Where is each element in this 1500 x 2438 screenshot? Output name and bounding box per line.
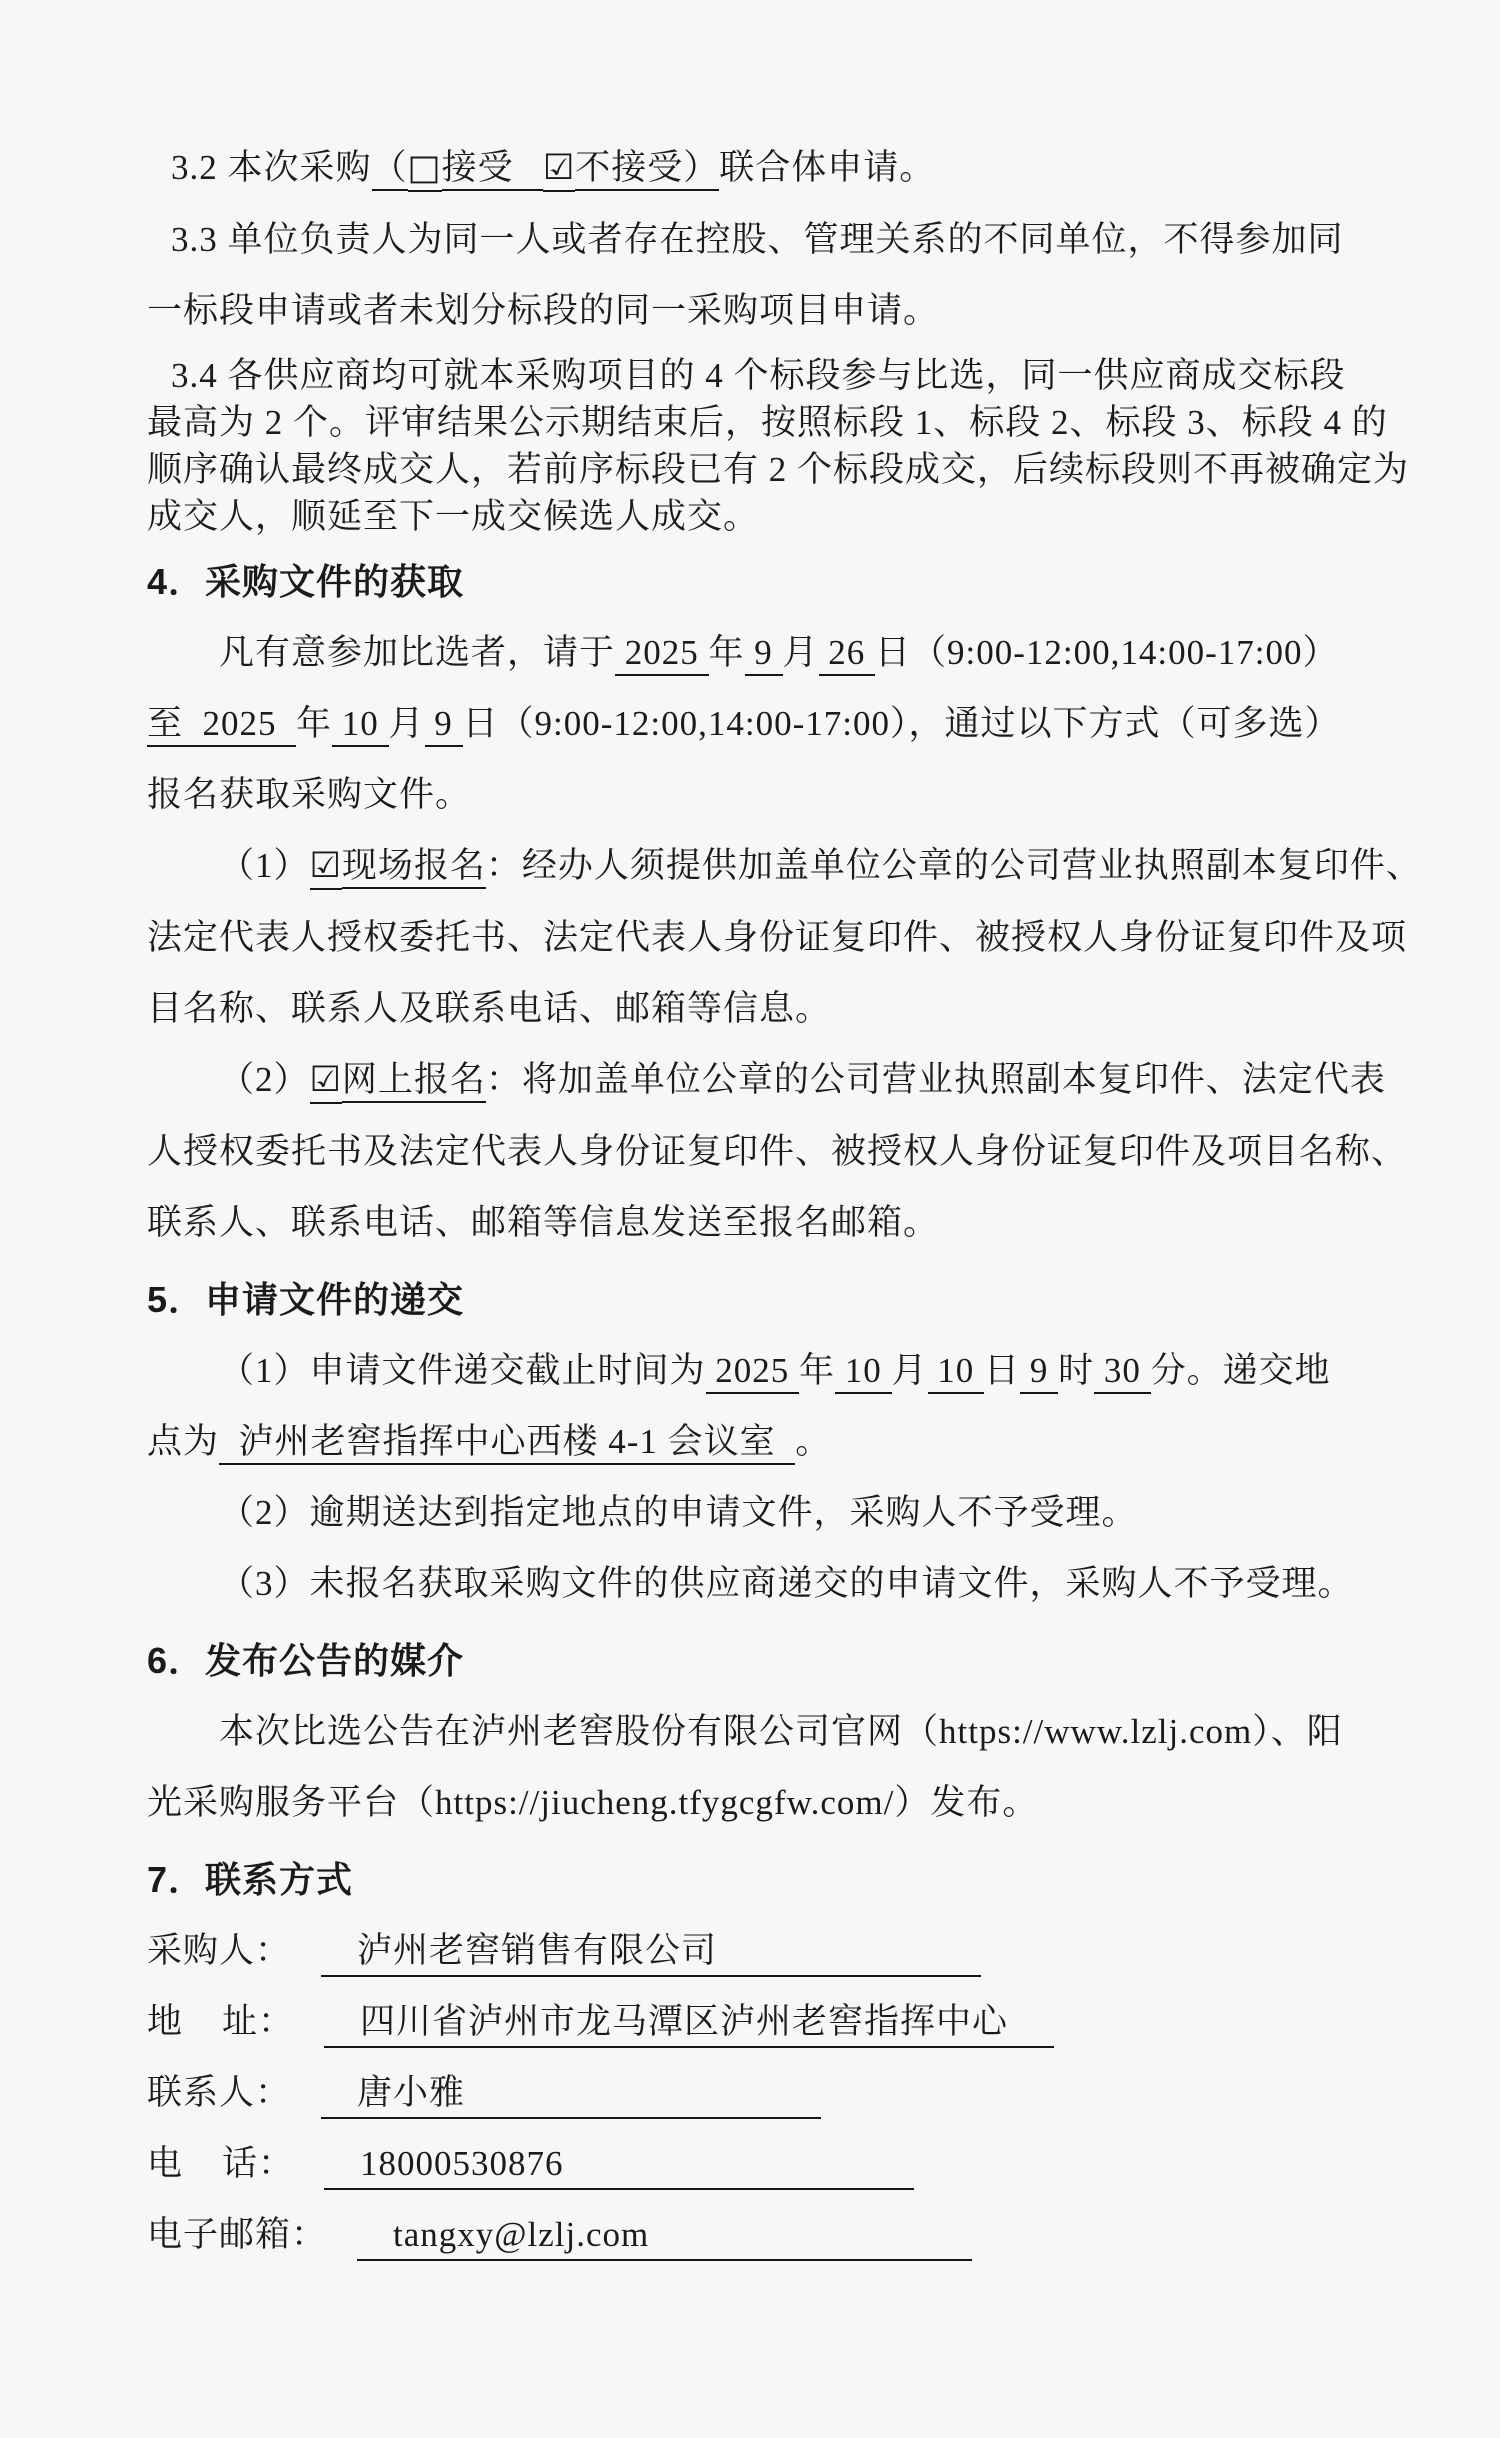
underlined-segment: 30 [1094,1351,1151,1394]
document-page: 3.2 本次采购（□接受 ☑不接受）联合体申请。3.3 单位负责人为同一人或者存… [0,0,1500,2438]
paragraph-line: 人授权委托书及法定代表人身份证复印件、被授权人身份证复印件及项目名称、 [147,1116,1405,1187]
text-segment: 3.3 单位负责人为同一人或者存在控股、管理关系的不同单位，不得参加同 [171,220,1344,259]
paragraph-line: 最高为 2 个。评审结果公示期结束后，按照标段 1、标段 2、标段 3、标段 4… [147,399,1405,446]
paragraph-line: 报名获取采购文件。 [147,759,1405,830]
text-segment: （1）申请文件递交截止时间为 [219,1351,706,1390]
text-segment: 3.2 本次采购 [171,148,372,187]
field-label: 联系人： [147,2073,291,2112]
text-segment: 。 [795,1422,831,1461]
text-segment: 点为 [147,1422,219,1461]
underlined-segment: 至 [147,704,183,747]
checkbox-checked-icon: ☑ [310,1060,342,1104]
paragraph-line: （3）未报名获取采购文件的供应商递交的申请文件，采购人不予受理。 [147,1548,1405,1619]
text-segment: 本次比选公告在泸州老窖股份有限公司官网（https://www.lzlj.com… [219,1712,1343,1751]
paragraph-line: 联系人、联系电话、邮箱等信息发送至报名邮箱。 [147,1187,1405,1258]
text-segment: 凡有意参加比选者，请于 [219,633,615,672]
underlined-segment: 不接受） [575,148,719,191]
section-heading: 5．申请文件的递交 [147,1264,1405,1335]
text-segment: 年 [799,1351,835,1390]
paragraph-line: 点为 泸州老窖指挥中心西楼 4-1 会议室 。 [147,1406,1405,1477]
contact-field: 电子邮箱：tangxy@lzlj.com [147,2199,1405,2270]
section-heading: 6．发布公告的媒介 [147,1625,1405,1696]
underlined-segment: 现场报名 [342,846,486,889]
text-segment: 时 [1058,1351,1094,1390]
underlined-segment: 网上报名 [342,1060,486,1103]
underlined-segment: 10 [835,1351,892,1394]
contact-field: 采购人：泸州老窖销售有限公司 [147,1915,1405,1986]
paragraph-line: 成交人，顺延至下一成交候选人成交。 [147,493,1405,540]
underlined-segment: 26 [819,633,876,676]
contact-field: 电 话：18000530876 [147,2128,1405,2199]
paragraph-line: （1）申请文件递交截止时间为 2025 年 10 月 10 日 9 时 30 分… [147,1335,1405,1406]
paragraph-line: （1）☑现场报名：经办人须提供加盖单位公章的公司营业执照副本复印件、 [147,830,1405,902]
text-segment: （1） [219,846,310,885]
section-heading: 4．采购文件的获取 [147,546,1405,617]
text-segment: 顺序确认最终成交人，若前序标段已有 2 个标段成交，后续标段则不再被确定为 [147,450,1409,489]
text-segment: 光采购服务平台（https://jiucheng.tfygcgfw.com/）发… [147,1783,1038,1822]
field-label: 电子邮箱： [147,2215,327,2254]
text-segment: 人授权委托书及法定代表人身份证复印件、被授权人身份证复印件及项目名称、 [147,1132,1407,1171]
text-segment: 月 [389,704,425,743]
underlined-segment: 接受 [442,148,543,191]
text-segment: 分。递交地 [1151,1351,1331,1390]
underlined-segment: 9 [745,633,783,676]
field-value: 唐小雅 [321,2073,821,2119]
text-segment: 最高为 2 个。评审结果公示期结束后，按照标段 1、标段 2、标段 3、标段 4… [147,403,1388,442]
paragraph-line: 至 2025 年 10 月 9 日（9:00-12:00,14:00-17:00… [147,688,1405,759]
text-segment: 目名称、联系人及联系电话、邮箱等信息。 [147,989,831,1028]
field-value: tangxy@lzlj.com [357,2215,972,2261]
text-segment: （2）逾期送达到指定地点的申请文件，采购人不予受理。 [219,1493,1138,1532]
paragraph-line: 凡有意参加比选者，请于 2025 年 9 月 26 日（9:00-12:00,1… [147,617,1405,688]
text-segment: （2） [219,1060,310,1099]
text-segment: 报名获取采购文件。 [147,775,471,814]
field-label: 采购人： [147,1931,291,1970]
text-segment: 年 [296,704,332,743]
text-segment: 年 [709,633,745,672]
paragraph-line: 3.2 本次采购（□接受 ☑不接受）联合体申请。 [147,132,1405,204]
checkbox-unchecked-icon: □ [408,148,442,192]
text-segment: 日 [984,1351,1020,1390]
paragraph-line: 3.4 各供应商均可就本采购项目的 4 个标段参与比选，同一供应商成交标段 [147,352,1405,399]
text-segment: 月 [783,633,819,672]
checkbox-checked-icon: ☑ [310,846,342,890]
section-heading: 7．联系方式 [147,1844,1405,1915]
text-segment: ：将加盖单位公章的公司营业执照副本复印件、法定代表 [486,1060,1386,1099]
underlined-segment: （ [372,148,408,191]
checkbox-checked-icon: ☑ [543,148,575,192]
paragraph-line: 光采购服务平台（https://jiucheng.tfygcgfw.com/）发… [147,1767,1405,1838]
contact-field: 联系人：唐小雅 [147,2057,1405,2128]
text-segment: 成交人，顺延至下一成交候选人成交。 [147,497,759,536]
underlined-segment: 2025 [615,633,709,676]
underlined-segment: 2025 [183,704,296,747]
underlined-segment: 9 [425,704,463,747]
field-value: 四川省泸州市龙马潭区泸州老窖指挥中心 [324,2002,1054,2048]
text-segment: （3）未报名获取采购文件的供应商递交的申请文件，采购人不予受理。 [219,1564,1354,1603]
text-segment: 月 [892,1351,928,1390]
field-value: 泸州老窖销售有限公司 [321,1931,981,1977]
paragraph-line: 法定代表人授权委托书、法定代表人身份证复印件、被授权人身份证复印件及项 [147,902,1405,973]
field-label: 地 址： [147,2002,294,2041]
text-segment: 一标段申请或者未划分标段的同一采购项目申请。 [147,291,939,330]
text-segment: 日（9:00-12:00,14:00-17:00），通过以下方式（可多选） [463,704,1341,743]
underlined-segment: 泸州老窖指挥中心西楼 4-1 会议室 [219,1422,795,1465]
paragraph-line: 一标段申请或者未划分标段的同一采购项目申请。 [147,275,1405,346]
text-segment: ：经办人须提供加盖单位公章的公司营业执照副本复印件、 [486,846,1422,885]
field-value: 18000530876 [324,2144,914,2190]
underlined-segment: 2025 [706,1351,800,1394]
paragraph-line: 本次比选公告在泸州老窖股份有限公司官网（https://www.lzlj.com… [147,1696,1405,1767]
paragraph-line: 3.3 单位负责人为同一人或者存在控股、管理关系的不同单位，不得参加同 [147,204,1405,275]
document-body: 3.2 本次采购（□接受 ☑不接受）联合体申请。3.3 单位负责人为同一人或者存… [147,132,1405,2270]
paragraph-line: （2）☑网上报名：将加盖单位公章的公司营业执照副本复印件、法定代表 [147,1044,1405,1116]
underlined-segment: 9 [1020,1351,1058,1394]
text-segment: 3.4 各供应商均可就本采购项目的 4 个标段参与比选，同一供应商成交标段 [171,356,1346,395]
underlined-segment: 10 [928,1351,985,1394]
paragraph-line: 顺序确认最终成交人，若前序标段已有 2 个标段成交，后续标段则不再被确定为 [147,446,1405,493]
paragraph-line: （2）逾期送达到指定地点的申请文件，采购人不予受理。 [147,1477,1405,1548]
contact-field: 地 址：四川省泸州市龙马潭区泸州老窖指挥中心 [147,1986,1405,2057]
underlined-segment: 10 [332,704,389,747]
text-segment: 日（9:00-12:00,14:00-17:00） [875,633,1338,672]
text-segment: 联合体申请。 [719,148,935,187]
text-segment: 法定代表人授权委托书、法定代表人身份证复印件、被授权人身份证复印件及项 [147,918,1407,957]
field-label: 电 话： [147,2144,294,2183]
paragraph-line: 目名称、联系人及联系电话、邮箱等信息。 [147,973,1405,1044]
text-segment: 联系人、联系电话、邮箱等信息发送至报名邮箱。 [147,1203,939,1242]
